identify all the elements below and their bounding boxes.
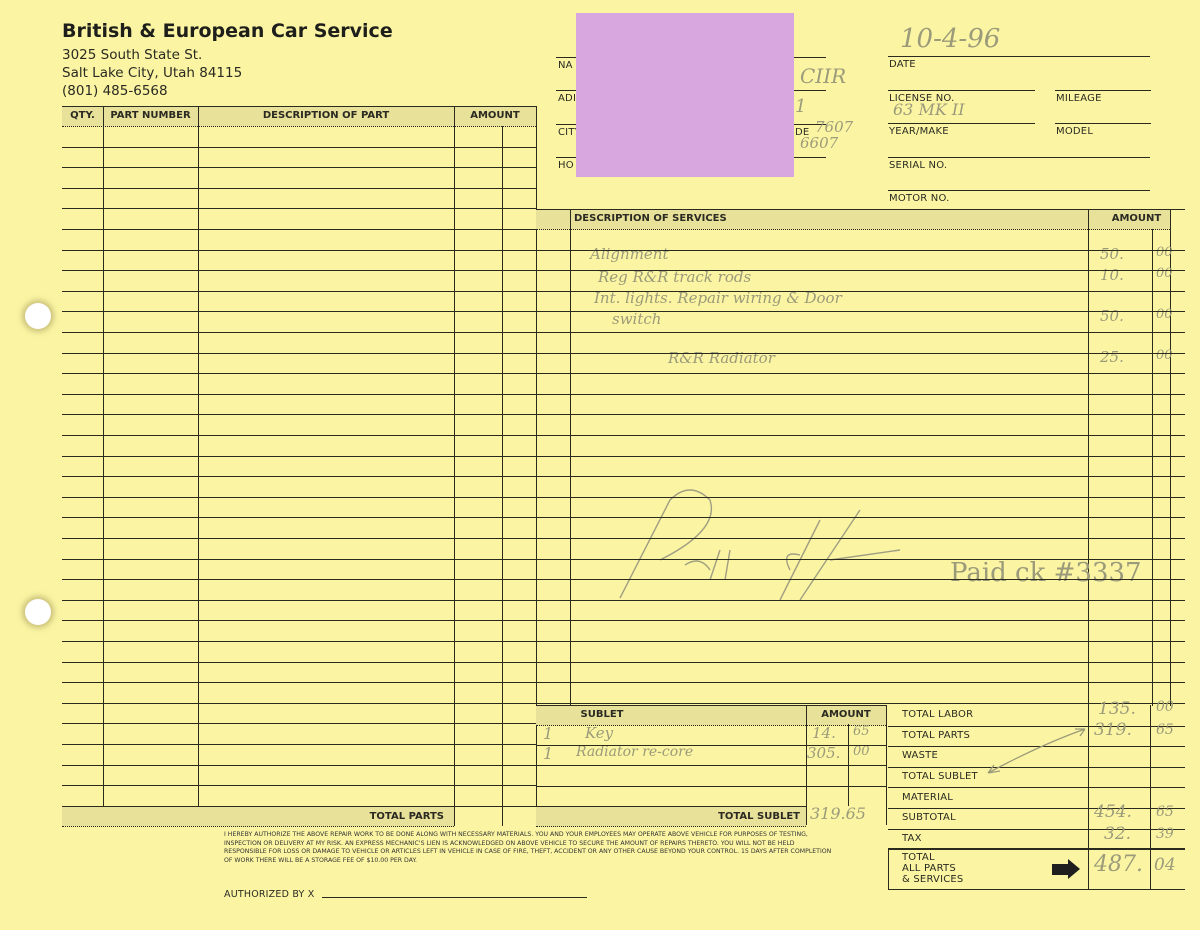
shop-city: Salt Lake City, Utah 84115 (62, 65, 242, 81)
service-row-1-description[interactable]: Alignment (590, 245, 668, 263)
service-row-4-description[interactable]: switch (612, 310, 661, 328)
total-labor-cents[interactable]: 00 (1156, 699, 1174, 715)
service-row-6-dollars[interactable]: 25. (1100, 348, 1124, 366)
sublet-row-1-dollars[interactable]: 14. (812, 724, 836, 742)
customer-name-value[interactable]: CIIR (800, 64, 846, 88)
sublet-row-1-cents[interactable]: 65 (853, 724, 870, 739)
sublet-row-2-dollars[interactable]: 305. (807, 744, 840, 762)
subtotal-dollars[interactable]: 454. (1094, 802, 1132, 822)
total-parts-label: TOTAL PARTS (902, 730, 970, 741)
waste-label: WASTE (902, 750, 938, 761)
repair-order-form: British & European Car Service 3025 Sout… (0, 0, 1200, 930)
total-parts-cents[interactable]: 65 (1156, 722, 1174, 738)
sublet-header-label: SUBLET (570, 709, 634, 720)
signature-check-number: Paid ck #3337 (950, 558, 1142, 588)
service-row-4-dollars[interactable]: 50. (1100, 307, 1124, 325)
grand-total-label-1: TOTAL (902, 853, 935, 863)
grand-total-dollars[interactable]: 487. (1094, 852, 1143, 877)
authorization-terms: I hereby authorize the above repair work… (224, 831, 839, 865)
total-parts-dollars[interactable]: 319. (1094, 720, 1132, 740)
signature-scrawl (600, 470, 1120, 610)
service-row-1-dollars[interactable]: 50. (1100, 245, 1124, 263)
service-row-2-cents[interactable]: 00 (1156, 266, 1173, 281)
subtotal-label: SUBTOTAL (902, 812, 956, 823)
punch-hole-bottom (25, 599, 51, 625)
sublet-total-value[interactable]: 319.65 (810, 804, 866, 823)
total-labor-dollars[interactable]: 135. (1098, 699, 1136, 719)
services-header-description: DESCRIPTION OF SERVICES (574, 213, 727, 224)
sublet-row-1-description[interactable]: Key (585, 724, 613, 742)
service-row-2-dollars[interactable]: 10. (1100, 266, 1124, 284)
parts-header-amount: AMOUNT (454, 110, 536, 121)
sublet-row-2-description[interactable]: Radiator re-core (576, 744, 693, 760)
date-value[interactable]: 10-4-96 (900, 24, 1000, 54)
punch-hole-top (25, 303, 51, 329)
authorized-signature-line[interactable] (322, 897, 587, 898)
service-row-6-cents[interactable]: 00 (1156, 348, 1173, 363)
shop-address: 3025 South State St. (62, 47, 202, 63)
customer-zip-value-2: 6607 (800, 134, 838, 152)
shop-name: British & European Car Service (62, 20, 393, 42)
authorized-by-label: AUTHORIZED BY X (224, 889, 314, 900)
parts-header-description: DESCRIPTION OF PART (198, 110, 454, 121)
sublet-total-label: TOTAL SUBLET (536, 811, 800, 822)
home-phone-label: HO (558, 160, 574, 171)
mileage-label: MILEAGE (1056, 93, 1102, 104)
grand-total-label-2: ALL PARTS (902, 864, 956, 874)
total-sublet-label: TOTAL SUBLET (902, 771, 978, 782)
redaction-box (576, 13, 794, 177)
grand-total-cents[interactable]: 04 (1154, 855, 1176, 875)
parts-total-label: TOTAL PARTS (62, 811, 444, 822)
subtotal-cents[interactable]: 65 (1156, 804, 1174, 820)
year-make-label: YEAR/MAKE (889, 126, 949, 137)
date-label: DATE (889, 59, 916, 70)
sublet-row-2-cents[interactable]: 00 (853, 744, 870, 759)
tax-label: TAX (902, 833, 922, 844)
serial-label: SERIAL NO. (889, 160, 947, 171)
address-label: ADI (558, 93, 576, 104)
parts-header-qty: QTY. (62, 110, 103, 121)
service-row-4-cents[interactable]: 00 (1156, 307, 1173, 322)
parts-header-part-number: PART NUMBER (103, 110, 198, 121)
tax-dollars[interactable]: 32. (1104, 824, 1131, 844)
service-row-1-cents[interactable]: 00 (1156, 245, 1173, 260)
sublet-row-2-qty[interactable]: 1 (543, 744, 553, 763)
service-row-6-description[interactable]: R&R Radiator (668, 349, 775, 367)
customer-address-value[interactable]: 1 (795, 96, 806, 117)
grand-total-label-3: & SERVICES (902, 875, 963, 885)
name-label: NA (558, 60, 573, 71)
motor-label: MOTOR NO. (889, 193, 950, 204)
sublet-header-amount: AMOUNT (806, 709, 886, 720)
total-labor-label: TOTAL LABOR (902, 709, 973, 720)
sublet-row-1-qty[interactable]: 1 (543, 724, 553, 743)
license-value[interactable]: 63 MK II (893, 100, 965, 119)
shop-phone: (801) 485-6568 (62, 83, 168, 99)
tax-cents[interactable]: 39 (1156, 826, 1174, 842)
material-label: MATERIAL (902, 792, 953, 803)
model-label: MODEL (1056, 126, 1093, 137)
handwritten-arrow-annotation (980, 725, 1090, 780)
